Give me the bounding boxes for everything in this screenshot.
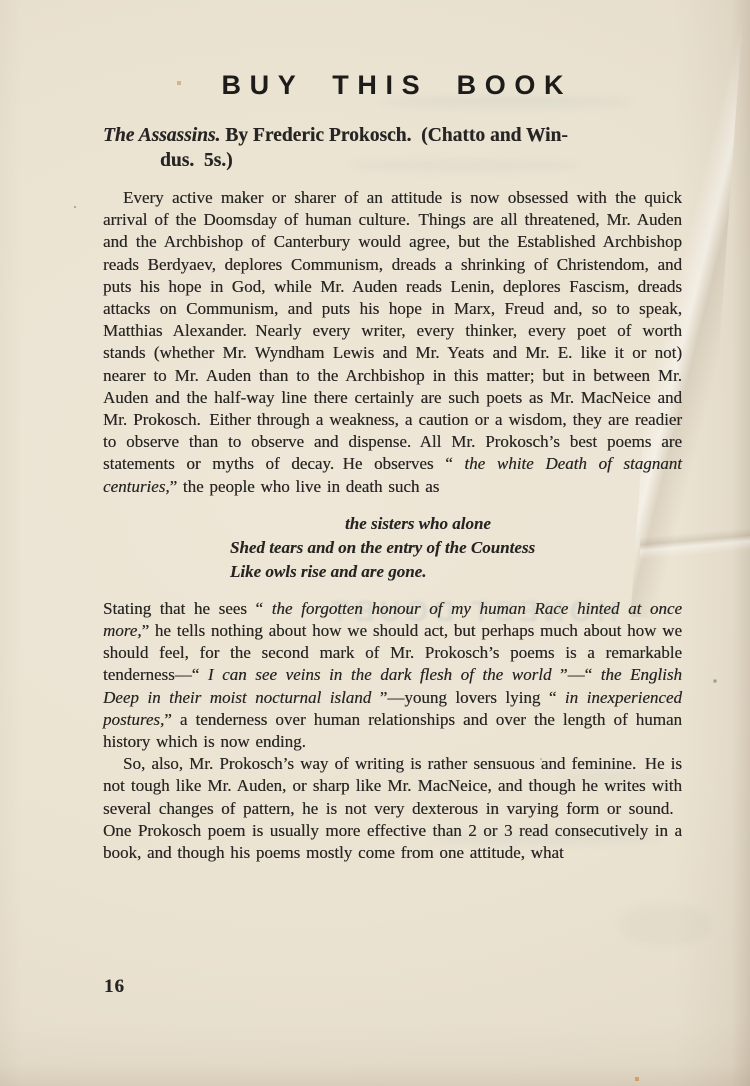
book-byline: By Frederic Prokosch. (Chatto and Win- xyxy=(220,125,567,146)
verse-line: Like owls rise and are gone. xyxy=(230,560,682,584)
show-through-smudge xyxy=(620,905,710,945)
page-content: BUY THIS BOOK The Assassins. By Frederic… xyxy=(103,70,682,864)
verse-line: the sisters who alone xyxy=(230,512,682,536)
paragraph-1: Every active maker or sharer of an attit… xyxy=(103,187,682,498)
page-number: 16 xyxy=(104,976,125,998)
paragraph-2: Stating that he sees “ the forgotten hon… xyxy=(103,598,682,753)
verse-quote: the sisters who alone Shed tears and on … xyxy=(230,512,682,584)
verse-line: Shed tears and on the entry of the Count… xyxy=(230,536,682,560)
book-title: The Assassins. xyxy=(103,125,220,146)
paper-specks xyxy=(0,0,2,2)
paragraph-3: So, also, Mr. Prokosch’s way of writing … xyxy=(103,753,682,864)
page-title: BUY THIS BOOK xyxy=(103,70,682,101)
book-page: HONEST DOUBT BUY THIS BOOK The Assassins… xyxy=(0,0,750,1086)
book-reference: The Assassins. By Frederic Prokosch. (Ch… xyxy=(103,123,682,173)
book-byline-continued: dus. 5s.) xyxy=(160,150,233,171)
